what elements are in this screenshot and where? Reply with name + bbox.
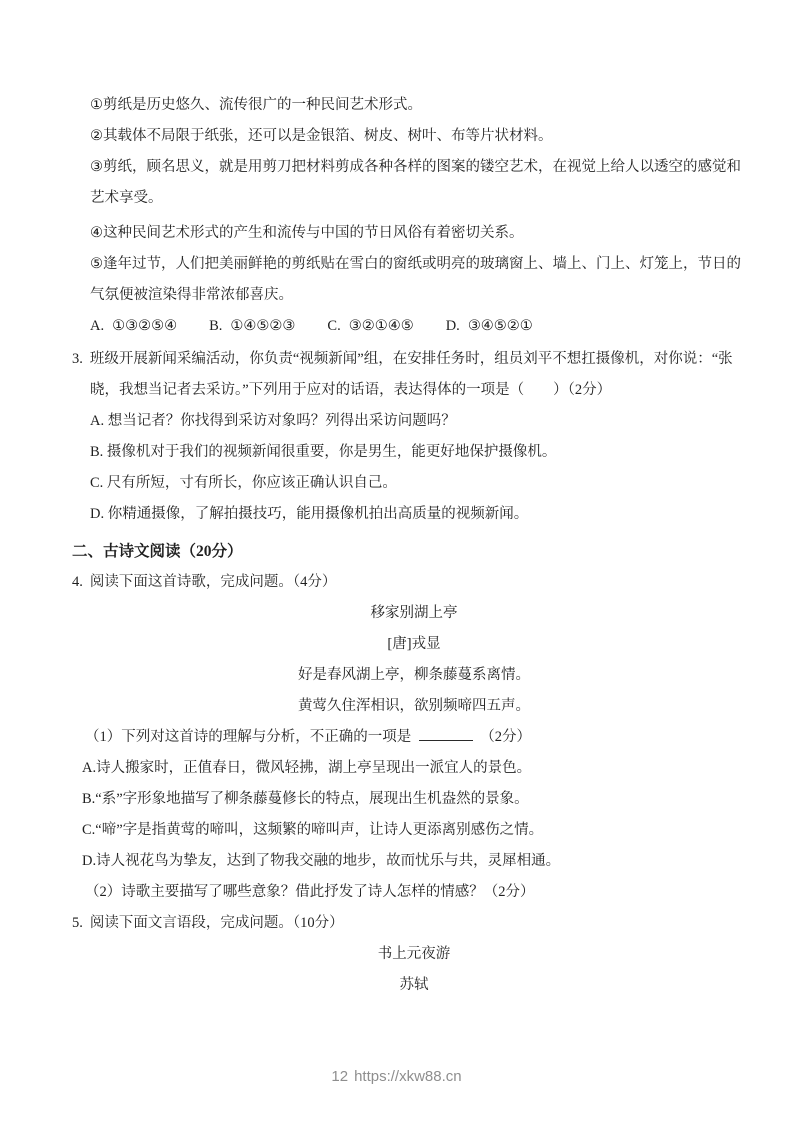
page-footer: 12https://xkw88.cn (0, 1068, 793, 1085)
question4-sub1-option-c: C.“啼”字是指黄莺的啼叫，这频繁的啼叫声，让诗人更添离别感伤之情。 (82, 815, 738, 846)
section2-heading: 二、古诗文阅读（20分） (72, 536, 738, 567)
sorting-sentence-3-cont: 艺术享受。 (90, 183, 738, 214)
question4-number: 4. (72, 574, 83, 590)
question4-sub2: （2）诗歌主要描写了哪些意象？借此抒发了诗人怎样的情感？（2分） (85, 877, 738, 908)
exam-document-page: ①剪纸是历史悠久、流传很广的一种民间艺术形式。 ②其载体不局限于纸张，还可以是金… (0, 0, 793, 1122)
question4-sub1-points: （2分） (480, 729, 531, 745)
question3-stem-line2: 晓，我想当记者去采访。”下列用于应对的话语，表达得体的一项是（ ）（2分） (90, 375, 738, 406)
passage-author: 苏轼 (90, 970, 738, 1001)
question3-stem-text: 班级开展新闻采编活动，你负责“视频新闻”组，在安排任务时，组员刘平不想扛摄像机，… (90, 351, 733, 367)
poem-line-1: 好是春风湖上亭，柳条藤蔓系离情。 (90, 660, 738, 691)
option-label: C. (327, 318, 340, 334)
sorting-option-d: D.③④⑤②① (446, 311, 533, 342)
question5-stem-text: 阅读下面文言语段，完成问题。（10分） (90, 915, 344, 931)
sorting-sentence-2: ②其载体不局限于纸张，还可以是金银箔、树皮、树叶、布等片状材料。 (90, 121, 738, 152)
page-number: 12 (331, 1068, 348, 1085)
question3-option-c: C. 尺有所短，寸有所长，你应该正确认识自己。 (90, 468, 738, 499)
footer-link[interactable]: https://xkw88.cn (354, 1068, 462, 1085)
poem-line-2: 黄莺久住浑相识，欲别频啼四五声。 (90, 691, 738, 722)
sorting-sentence-1: ①剪纸是历史悠久、流传很广的一种民间艺术形式。 (90, 90, 738, 121)
sorting-sentence-3: ③剪纸，顾名思义，就是用剪刀把材料剪成各种各样的图案的镂空艺术，在视觉上给人以透… (90, 152, 738, 183)
sorting-sentence-5-cont: 气氛便被渲染得非常浓郁喜庆。 (90, 280, 738, 311)
poem-title: 移家别湖上亭 (90, 598, 738, 629)
question4-sub1-option-a: A.诗人搬家时，正值春日，微风轻拂，湖上亭呈现出一派宜人的景色。 (82, 753, 738, 784)
document-content: ①剪纸是历史悠久、流传很广的一种民间艺术形式。 ②其载体不局限于纸张，还可以是金… (0, 0, 793, 1001)
question4-stem: 4.阅读下面这首诗歌，完成问题。（4分） (72, 567, 738, 598)
option-label: D. (446, 318, 460, 334)
option-sequence: ③④⑤②① (468, 318, 533, 334)
sorting-option-c: C.③②①④⑤ (327, 311, 413, 342)
question4-stem-text: 阅读下面这首诗歌，完成问题。（4分） (90, 574, 337, 590)
question4-sub1-text: （1）下列对这首诗的理解与分析，不正确的一项是 (85, 729, 411, 745)
sorting-option-b: B.①④⑤②③ (209, 311, 295, 342)
question3-option-a: A. 想当记者？你找得到采访对象吗？列得出采访问题吗？ (90, 406, 738, 437)
option-label: A. (90, 318, 104, 334)
question4-sub1: （1）下列对这首诗的理解与分析，不正确的一项是（2分） (85, 722, 738, 753)
poem-author: [唐]戎显 (90, 629, 738, 660)
option-sequence: ①③②⑤④ (112, 318, 177, 334)
sorting-sentence-5: ⑤逢年过节，人们把美丽鲜艳的剪纸贴在雪白的窗纸或明亮的玻璃窗上、墙上、门上、灯笼… (90, 249, 738, 280)
question5-number: 5. (72, 915, 83, 931)
answer-blank (419, 727, 473, 741)
passage-title: 书上元夜游 (90, 939, 738, 970)
question3-option-b: B. 摄像机对于我们的视频新闻很重要，你是男生，能更好地保护摄像机。 (90, 437, 738, 468)
option-label: B. (209, 318, 222, 334)
option-sequence: ③②①④⑤ (349, 318, 414, 334)
sorting-options-row: A.①③②⑤④ B.①④⑤②③ C.③②①④⑤ D.③④⑤②① (90, 311, 738, 342)
question4-sub1-option-d: D.诗人视花鸟为挚友，达到了物我交融的地步，故而忧乐与共，灵犀相通。 (82, 846, 738, 877)
question4-sub1-option-b: B.“系”字形象地描写了柳条藤蔓修长的特点，展现出生机盎然的景象。 (82, 784, 738, 815)
sorting-option-a: A.①③②⑤④ (90, 311, 177, 342)
question3-stem-line1: 3.班级开展新闻采编活动，你负责“视频新闻”组，在安排任务时，组员刘平不想扛摄像… (72, 344, 738, 375)
question3-number: 3. (72, 351, 83, 367)
option-sequence: ①④⑤②③ (230, 318, 295, 334)
question3-option-d: D. 你精通摄像，了解拍摄技巧，能用摄像机拍出高质量的视频新闻。 (90, 499, 738, 530)
sorting-sentence-4: ④这种民间艺术形式的产生和流传与中国的节日风俗有着密切关系。 (90, 218, 738, 249)
question5-stem: 5.阅读下面文言语段，完成问题。（10分） (72, 908, 738, 939)
